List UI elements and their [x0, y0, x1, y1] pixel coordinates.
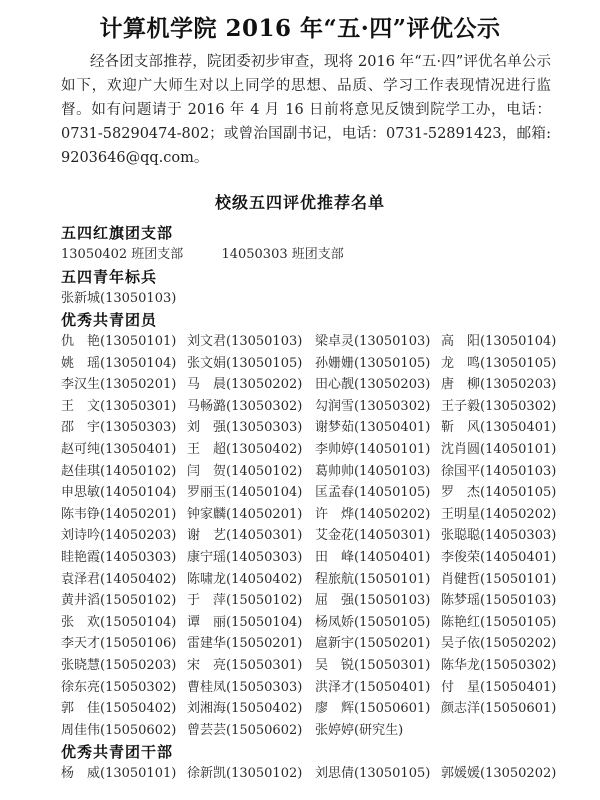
nominee: 王明星(14050202)	[441, 504, 567, 526]
nominee: 于 萍(15050102)	[187, 590, 315, 612]
nominee: 田心靓(13050203)	[315, 374, 441, 396]
nominee: 谭 丽(15050104)	[187, 612, 315, 634]
nominee: 赵可纯(13050401)	[61, 439, 187, 461]
nominee: 颜志洋(15050601)	[441, 698, 567, 720]
nominee: 田 峰(14050401)	[315, 547, 441, 569]
nominee: 仇 艳(13050101)	[61, 331, 187, 353]
nominee: 刘湘海(15050402)	[187, 698, 315, 720]
nominee: 杨凤娇(15050105)	[315, 612, 441, 634]
nominee: 郭媛媛(13050202)	[441, 763, 567, 785]
nominee: 王子毅(13050302)	[441, 396, 567, 418]
nominee: 洪泽才(15050401)	[315, 677, 441, 699]
nominee: 谢 艺(14050301)	[187, 525, 315, 547]
nominee: 周佳伟(15050602)	[61, 720, 187, 742]
nominee: 陈艳红(15050105)	[441, 612, 567, 634]
nominee: 张婷婷(研究生)	[315, 720, 441, 742]
nominee: 扈新宇(15050201)	[315, 633, 441, 655]
nominee: 陈韦铮(14050201)	[61, 504, 187, 526]
nominee: 闫 贺(14050102)	[187, 461, 315, 483]
section-heading-youth-model: 五四青年标兵	[61, 266, 581, 288]
nominee: 许 烨(14050202)	[315, 504, 441, 526]
nominee: 李天才(15050106)	[61, 633, 187, 655]
nominee: 匡孟春(14050105)	[315, 482, 441, 504]
nominee: 廖 辉(15050601)	[315, 698, 441, 720]
nominee: 眭艳霞(14050303)	[61, 547, 187, 569]
nominee: 郭 佳(15050402)	[61, 698, 187, 720]
nominee: 艾金花(14050301)	[315, 525, 441, 547]
nominee: 张新城(13050103)	[61, 291, 176, 306]
nominee: 高 阳(13050104)	[441, 331, 567, 353]
nominee: 靳 风(13050401)	[441, 417, 567, 439]
nominee: 申思敏(14050104)	[61, 482, 187, 504]
section-heading-excellent-cadres: 优秀共青团干部	[61, 741, 581, 763]
nominee: 马 晨(13050202)	[187, 374, 315, 396]
nominee: 肖健哲(15050101)	[441, 569, 567, 591]
nominee: 赵佳琪(14050102)	[61, 461, 187, 483]
nominee: 张 欢(15050104)	[61, 612, 187, 634]
nominee: 葛帅帅(14050103)	[315, 461, 441, 483]
nominee: 张文娟(13050105)	[187, 353, 315, 375]
nomination-list: 五四红旗团支部 13050402 班团支部 14050303 班团支部 五四青年…	[61, 222, 581, 785]
nominee: 吴 锐(15050301)	[315, 655, 441, 677]
nominee: 黄井滔(15050102)	[61, 590, 187, 612]
nominee: 徐国平(14050103)	[441, 461, 567, 483]
nominee: 雷建华(15050201)	[187, 633, 315, 655]
nominee: 沈肖圆(14050101)	[441, 439, 567, 461]
nominee: 康宁瑶(14050303)	[187, 547, 315, 569]
branch-item: 14050303 班团支部	[221, 244, 343, 266]
nominee: 屈 强(15050103)	[315, 590, 441, 612]
section-heading-red-flag: 五四红旗团支部	[61, 222, 581, 244]
nominee: 罗丽玉(14050104)	[187, 482, 315, 504]
nominee: 李帅婷(14050101)	[315, 439, 441, 461]
nominee: 谢梦茹(13050401)	[315, 417, 441, 439]
page-title: 计算机学院 2016 年“五·四”评优公示	[0, 10, 600, 43]
nominee: 邵 宇(13050303)	[61, 417, 187, 439]
nominee: 张晓慧(15050203)	[61, 655, 187, 677]
nominee: 曾芸芸(15050602)	[187, 720, 315, 742]
list-subtitle: 校级五四评优推荐名单	[0, 190, 600, 213]
nominee: 李俊荣(14050401)	[441, 547, 567, 569]
nominee: 姚 瑶(13050104)	[61, 353, 187, 375]
nominee: 徐新凯(13050102)	[187, 763, 315, 785]
nominee: 王 文(13050301)	[61, 396, 187, 418]
nominee: 付 星(15050401)	[441, 677, 567, 699]
nominee: 陈啸龙(14050402)	[187, 569, 315, 591]
nominee: 杨 威(13050101)	[61, 763, 187, 785]
nominee: 张聪聪(14050303)	[441, 525, 567, 547]
branch-item: 13050402 班团支部	[61, 244, 183, 266]
excellent-cadres-grid: 杨 威(13050101)徐新凯(13050102)刘思倩(13050105)郭…	[61, 763, 581, 785]
nominee: 龙 鸣(13050105)	[441, 353, 567, 375]
nominee: 徐东亮(15050302)	[61, 677, 187, 699]
nominee: 袁泽君(14050402)	[61, 569, 187, 591]
nominee: 钟家麟(14050201)	[187, 504, 315, 526]
nominee: 刘诗吟(14050203)	[61, 525, 187, 547]
nominee: 孙姗姗(13050105)	[315, 353, 441, 375]
excellent-members-grid: 仇 艳(13050101)刘文君(13050103)梁卓灵(13050103)高…	[61, 331, 581, 741]
nominee: 唐 柳(13050203)	[441, 374, 567, 396]
nominee: 吴子依(15050202)	[441, 633, 567, 655]
nominee: 陈梦瑶(15050103)	[441, 590, 567, 612]
nominee: 梁卓灵(13050103)	[315, 331, 441, 353]
intro-paragraph: 经各团支部推荐，院团委初步审查，现将 2016 年“五·四”评优名单公示如下，欢…	[61, 50, 551, 170]
nominee: 刘 强(13050303)	[187, 417, 315, 439]
nominee: 程旅航(15050101)	[315, 569, 441, 591]
nominee: 刘思倩(13050105)	[315, 763, 441, 785]
nominee: 李汉生(13050201)	[61, 374, 187, 396]
nominee: 宋 亮(15050301)	[187, 655, 315, 677]
nominee: 马畅潞(13050302)	[187, 396, 315, 418]
nominee: 刘文君(13050103)	[187, 331, 315, 353]
nominee: 曹桂凤(15050303)	[187, 677, 315, 699]
nominee: 勾润雪(13050302)	[315, 396, 441, 418]
intro-text: 经各团支部推荐，院团委初步审查，现将 2016 年“五·四”评优名单公示如下，欢…	[61, 50, 551, 170]
nominee: 王 超(13050402)	[187, 439, 315, 461]
red-flag-branches: 13050402 班团支部 14050303 班团支部	[61, 244, 581, 266]
youth-model-list: 张新城(13050103)	[61, 288, 581, 310]
nominee: 罗 杰(14050105)	[441, 482, 567, 504]
nominee: 陈华龙(15050302)	[441, 655, 567, 677]
section-heading-excellent-members: 优秀共青团员	[61, 309, 581, 331]
